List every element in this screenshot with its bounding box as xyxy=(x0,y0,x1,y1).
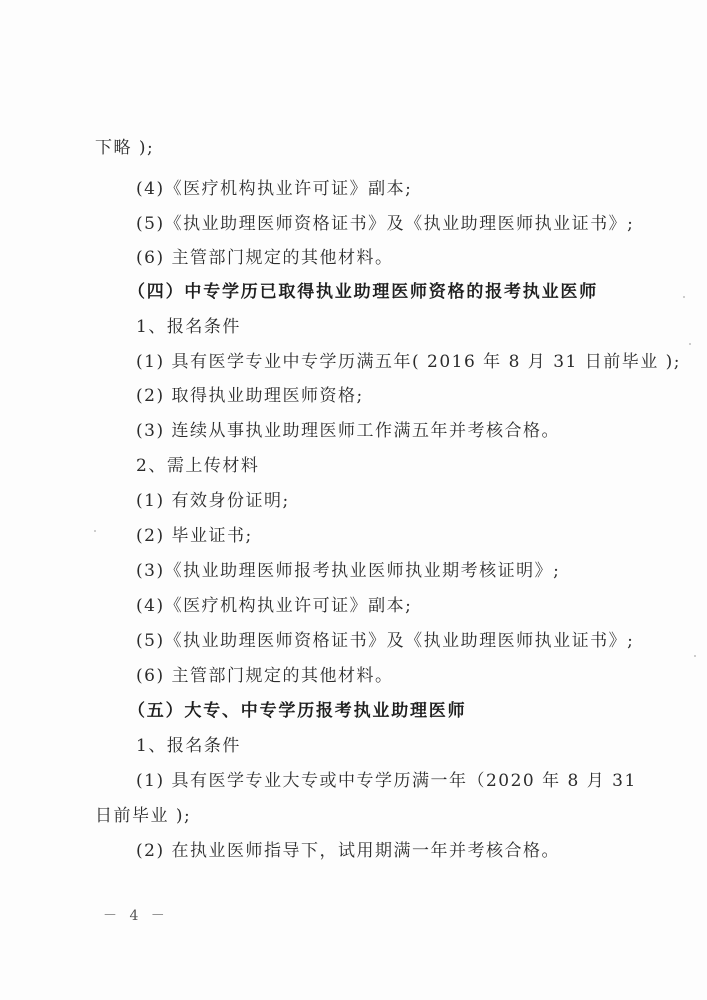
page-number: － 4 － xyxy=(103,905,169,925)
list-item: (4)《医疗机构执业许可证》副本; xyxy=(136,178,412,200)
list-item: (3) 连续从事执业助理医师工作满五年并考核合格。 xyxy=(136,420,560,442)
section-heading-4: （四）中专学历已取得执业助理医师资格的报考执业医师 xyxy=(128,281,598,303)
scan-speck xyxy=(689,343,691,345)
scan-speck xyxy=(694,655,696,657)
list-item: (1) 具有医学专业中专学历满五年( 2016 年 8 月 31 日前毕业 ); xyxy=(136,351,681,373)
list-item: (2) 取得执业助理医师资格; xyxy=(136,385,364,407)
list-item: (4)《医疗机构执业许可证》副本; xyxy=(136,595,412,617)
continuation-text: 下略 ); xyxy=(95,137,154,159)
list-item: (3)《执业助理医师报考执业医师执业期考核证明》; xyxy=(136,560,560,582)
scan-speck xyxy=(683,296,685,298)
subsection-heading: 1、报名条件 xyxy=(136,316,241,338)
list-item: (6) 主管部门规定的其他材料。 xyxy=(136,665,393,687)
section-heading-5: （五）大专、中专学历报考执业助理医师 xyxy=(128,700,466,722)
list-item: (2) 毕业证书; xyxy=(136,525,253,547)
document-page: 下略 ); (4)《医疗机构执业许可证》副本; (5)《执业助理医师资格证书》及… xyxy=(0,0,707,1000)
subsection-heading: 2、需上传材料 xyxy=(136,455,259,477)
scan-speck xyxy=(94,530,96,532)
list-item: (5)《执业助理医师资格证书》及《执业助理医师执业证书》; xyxy=(136,630,634,652)
list-item: (6) 主管部门规定的其他材料。 xyxy=(136,247,393,269)
continuation-text: 日前毕业 ); xyxy=(95,805,191,827)
list-item: (2) 在执业医师指导下，试用期满一年并考核合格。 xyxy=(136,840,560,862)
subsection-heading: 1、报名条件 xyxy=(136,735,241,757)
list-item: (1) 有效身份证明; xyxy=(136,490,290,512)
list-item: (5)《执业助理医师资格证书》及《执业助理医师执业证书》; xyxy=(136,213,634,235)
list-item: (1) 具有医学专业大专或中专学历满一年（2020 年 8 月 31 xyxy=(136,770,637,792)
